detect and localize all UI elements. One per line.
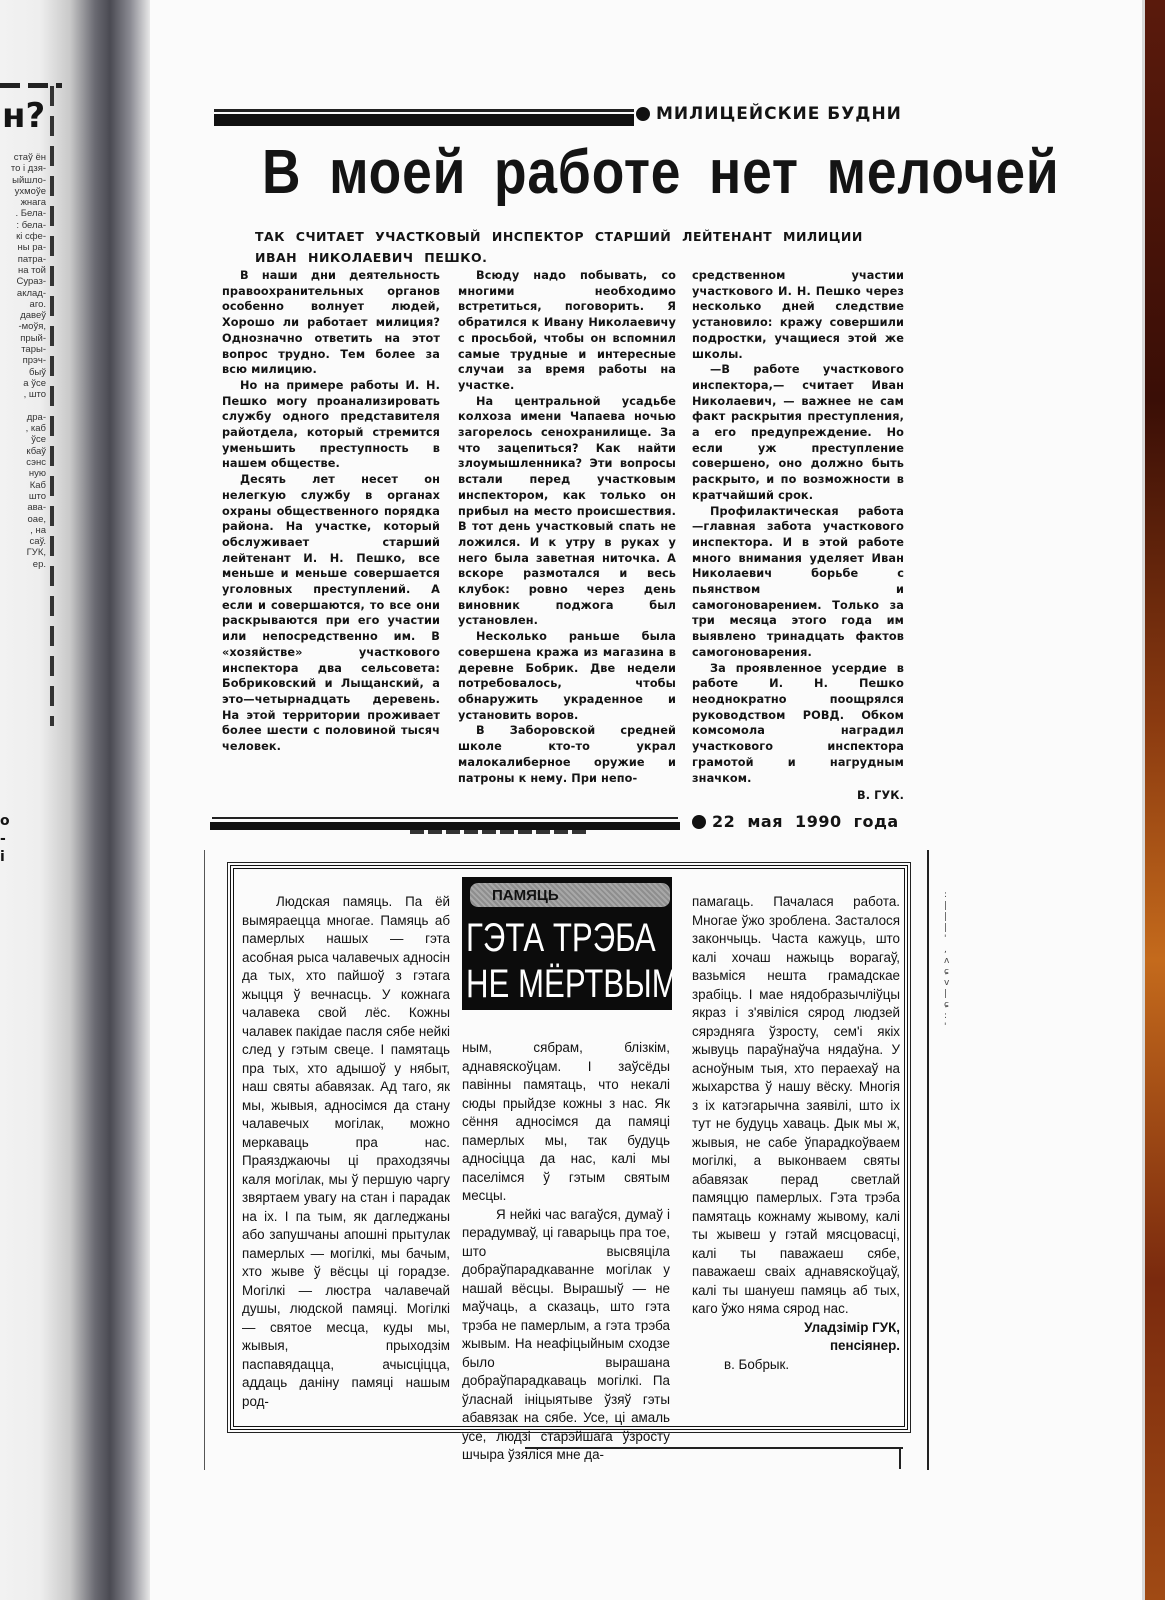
paragraph: В Заборовской средней школе кто-то украл…	[458, 723, 676, 786]
paragraph: В наши дни деятельность правоохранительн…	[222, 268, 440, 378]
left-page-text-fragment: стаў ён то і дзя- ыйшло- ухмоўе жнага . …	[0, 152, 46, 570]
article2-column-2: ным, сябрам, блізкім, аднавяскоўцам. І з…	[462, 1039, 670, 1465]
separator-bar	[210, 822, 680, 830]
paragraph: Несколько раньше была совершена кража из…	[458, 629, 676, 723]
article1-rubric: МИЛИЦЕЙСКИЕ БУДНИ	[636, 104, 902, 124]
article1-author: В. ГУК.	[692, 788, 904, 804]
article1-lead: ТАК СЧИТАЕТ УЧАСТКОВЫЙ ИНСПЕКТОР СТАРШИЙ…	[255, 226, 895, 268]
paragraph: На центральной усадьбе колхоза имени Чап…	[458, 394, 676, 630]
article2-rubric-badge: ПАМЯЦЬ	[470, 883, 670, 907]
paragraph: памагаць. Пачалася работа. Многае ўжо зр…	[692, 893, 900, 1319]
article2-column-1: Людская памяць. Па ёй вымяраецца многае.…	[242, 893, 450, 1411]
bullet-icon	[692, 815, 706, 829]
article2-author-role: пенсіянер.	[692, 1337, 900, 1356]
article2-author-name: Уладзімір ГУК,	[692, 1319, 900, 1338]
date-label: 22 мая 1990 года	[712, 812, 899, 831]
bottom-rule-corner	[899, 1447, 901, 1469]
paragraph: Людская памяць. Па ёй вымяраецца многае.…	[242, 893, 450, 1411]
paragraph: —В работе участкового инспектора,— счита…	[692, 362, 904, 503]
separator-dashes	[410, 830, 590, 834]
left-page-bottom-fragment: о - і	[0, 812, 20, 866]
bottom-rule	[525, 1447, 903, 1449]
paragraph: Но на примере работы И. Н. Пешко могу пр…	[222, 378, 440, 472]
paragraph: ным, сябрам, блізкім, аднавяскоўцам. І з…	[462, 1039, 670, 1206]
left-page-fragment: н? стаў ён то і дзя- ыйшло- ухмоўе жнага…	[0, 0, 150, 1600]
article2-column-3: памагаць. Пачалася работа. Многае ўжо зр…	[692, 893, 900, 1374]
rubric-label: МИЛИЦЕЙСКИЕ БУДНИ	[656, 104, 902, 124]
paragraph: Десять лет несет он нелегкую службу в ор…	[222, 472, 440, 755]
article1-column-2: Всюду надо побывать, со многими необходи…	[458, 268, 676, 786]
article2-headline: ГЭТА ТРЭБА НЕ МЁРТВЫМ...	[466, 915, 669, 1007]
bullet-icon	[636, 107, 650, 121]
rubric-label: ПАМЯЦЬ	[492, 887, 559, 904]
rubric-bar	[214, 112, 634, 126]
article1-date: 22 мая 1990 года	[692, 812, 899, 831]
paragraph: За проявленное усердие в работе И. Н. Пе…	[692, 661, 904, 787]
adjacent-clipping-edge: : | | | ' , ʌ ɕ v | ɕ : '	[944, 890, 950, 1110]
paragraph: средственном участии участкового И. Н. П…	[692, 268, 904, 362]
paragraph: Профилактическая работа —главная забота …	[692, 504, 904, 661]
article1-column-1: В наши дни деятельность правоохранительн…	[222, 268, 440, 755]
article2-author-place: в. Бобрык.	[692, 1356, 900, 1375]
paragraph: Всюду надо побывать, со многими необходи…	[458, 268, 676, 394]
article2-headline-block: ПАМЯЦЬ ГЭТА ТРЭБА НЕ МЁРТВЫМ...	[462, 877, 672, 1010]
left-page-title-fragment: н?	[2, 96, 45, 136]
left-page-dashed-rule	[50, 86, 54, 726]
article1-headline: В моей работе нет мелочей	[262, 138, 830, 208]
article1-column-3: средственном участии участкового И. Н. П…	[692, 268, 904, 804]
paragraph: Я нейкі час вагаўся, думаў і перадумваў,…	[462, 1206, 670, 1465]
book-cover-edge	[1145, 0, 1165, 1600]
